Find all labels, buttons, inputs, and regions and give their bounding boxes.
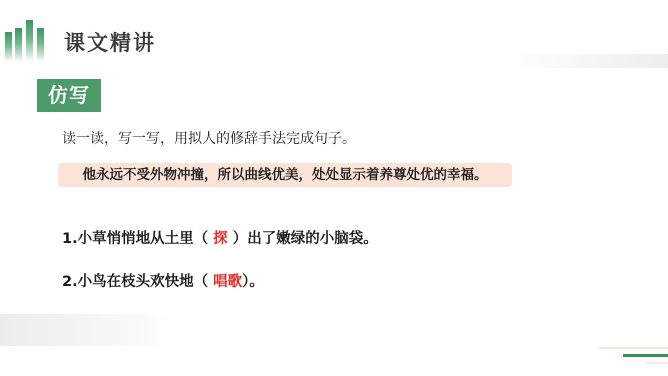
exercise-answer: 探 <box>213 231 228 247</box>
section-tag: 仿写 <box>37 79 101 112</box>
exercise-answer: 唱歌 <box>213 274 242 290</box>
exercise-suffix: ）出了嫩绿的小脑袋。 <box>228 231 378 247</box>
decorative-line <box>646 362 668 364</box>
instruction-text: 读一读，写一写，用拟人的修辞手法完成句子。 <box>62 128 356 148</box>
example-sentence: 他永远不受外物冲撞，所以曲线优美，处处显示着养尊处优的幸福。 <box>58 163 512 187</box>
decorative-band <box>0 314 170 346</box>
exercise-suffix: ）。 <box>242 274 264 290</box>
bar-chart-icon <box>5 20 49 62</box>
exercise-prefix: 1.小草悄悄地从土里（ <box>62 231 213 247</box>
decorative-stripe <box>505 54 668 68</box>
exercise-item: 1.小草悄悄地从土里（ 探 ）出了嫩绿的小脑袋。 <box>62 227 378 248</box>
page-title: 课文精讲 <box>64 27 156 57</box>
exercise-prefix: 2.小鸟在枝头欢快地（ <box>62 274 213 290</box>
decorative-line <box>623 354 668 357</box>
decorative-line <box>599 347 668 349</box>
exercise-item: 2.小鸟在枝头欢快地（ 唱歌）。 <box>62 270 264 291</box>
